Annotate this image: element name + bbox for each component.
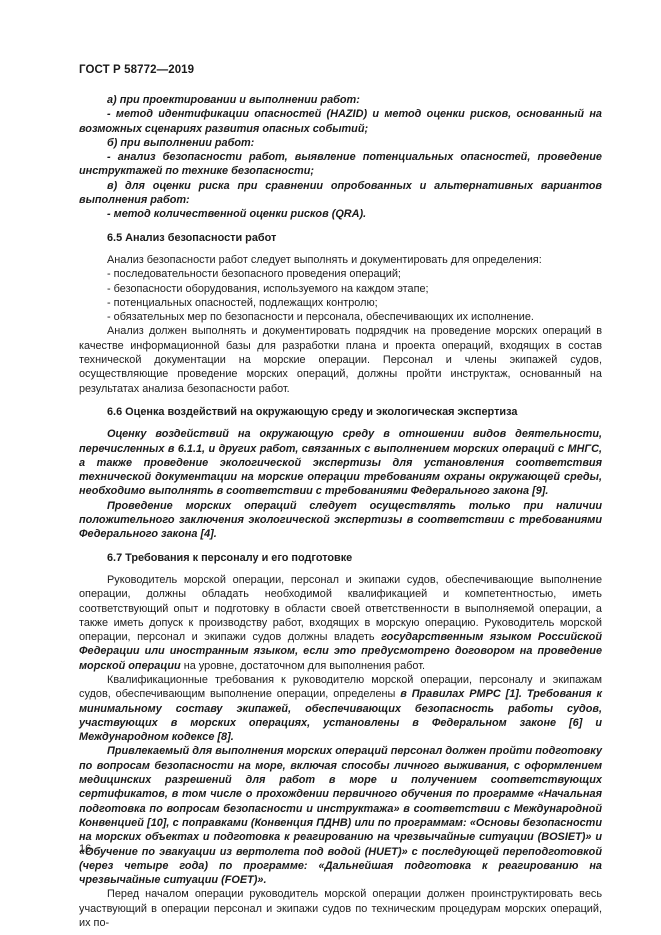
section-6-7-paragraph-2: Квалификационные требования к руководите… xyxy=(79,673,602,744)
page-content: а) при проектировании и выполнении работ… xyxy=(79,93,602,930)
document-id-header: ГОСТ Р 58772—2019 xyxy=(79,64,194,76)
list-label-a: а) при проектировании и выполнении работ… xyxy=(79,93,602,107)
section-6-5-item: - потенциальных опасностей, подлежащих к… xyxy=(79,296,602,310)
section-heading-6-7: 6.7 Требования к персоналу и его подгото… xyxy=(107,551,602,565)
section-6-5-lead: Анализ безопасности работ следует выполн… xyxy=(79,253,602,267)
section-6-7-paragraph-4: Перед началом операции руководитель морс… xyxy=(79,887,602,930)
list-item-a: - метод идентификации опасностей (HAZID)… xyxy=(79,107,602,136)
section-6-5-item: - безопасности оборудования, используемо… xyxy=(79,282,602,296)
section-6-6-paragraph-1: Оценку воздействий на окружающую среду в… xyxy=(79,427,602,498)
section-heading-6-5: 6.5 Анализ безопасности работ xyxy=(107,231,602,245)
p1-tail: на уровне, достаточном для выполнения ра… xyxy=(181,660,425,672)
section-6-7-paragraph-3: Привлекаемый для выполнения морских опер… xyxy=(79,744,602,887)
page-number: 16 xyxy=(79,843,91,855)
list-item-b: - анализ безопасности работ, выявление п… xyxy=(79,150,602,179)
section-6-5-item: - последовательности безопасного проведе… xyxy=(79,267,602,281)
section-6-5-item: - обязательных мер по безопасности и пер… xyxy=(79,310,602,324)
section-6-6-paragraph-2: Проведение морских операций следует осущ… xyxy=(79,499,602,542)
list-item-c: - метод количественной оценки рисков (QR… xyxy=(79,207,602,221)
list-label-c: в) для оценки риска при сравнении опробо… xyxy=(79,179,602,208)
list-label-b: б) при выполнении работ: xyxy=(79,136,602,150)
section-heading-6-6: 6.6 Оценка воздействий на окружающую сре… xyxy=(107,405,602,419)
section-6-5-paragraph: Анализ должен выполнять и документироват… xyxy=(79,324,602,395)
section-6-7-paragraph-1: Руководитель морской операции, персонал … xyxy=(79,573,602,673)
